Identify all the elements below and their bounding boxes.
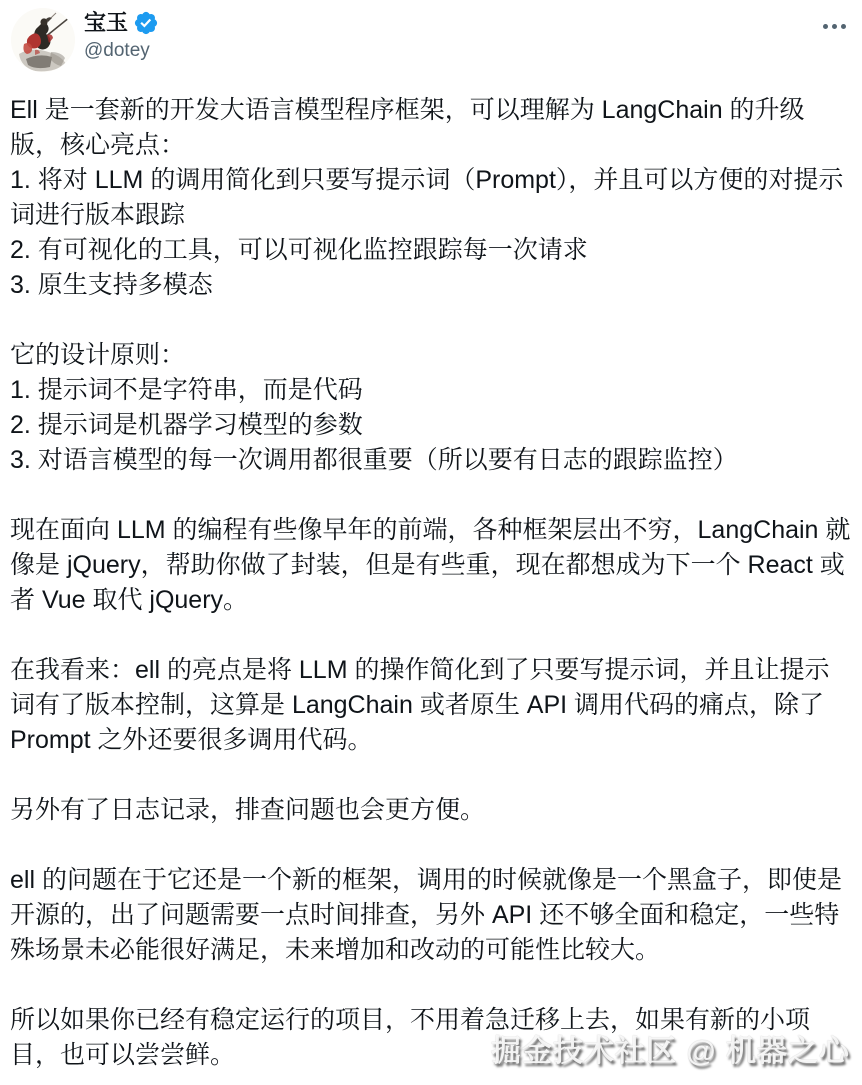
post-paragraph: 另外有了日志记录，排查问题也会更方便。 <box>10 793 852 828</box>
display-name[interactable]: 宝玉 <box>84 9 128 37</box>
more-options-button[interactable] <box>815 8 848 37</box>
user-identity: 宝玉 @dotey <box>84 8 159 63</box>
verified-badge-icon <box>133 10 159 36</box>
tweet-header: 宝玉 @dotey <box>0 0 862 72</box>
post-paragraph: 在我看来：ell 的亮点是将 LLM 的操作简化到了只要写提示词，并且让提示词有… <box>10 653 852 758</box>
ellipsis-icon <box>823 24 828 29</box>
ellipsis-icon <box>832 24 837 29</box>
user-handle[interactable]: @dotey <box>84 39 159 63</box>
post-paragraph: ell 的问题在于它还是一个新的框架，调用的时候就像是一个黑盒子，即使是开源的，… <box>10 863 852 968</box>
ellipsis-icon <box>841 24 846 29</box>
post-paragraph: 所以如果你已经有稳定运行的项目，不用着急迁移上去，如果有新的小项目，也可以尝尝鲜… <box>10 1003 852 1073</box>
post-paragraph: 现在面向 LLM 的编程有些像早年的前端，各种框架层出不穷，LangChain … <box>10 513 852 618</box>
tweet-text: Ell 是一套新的开发大语言模型程序框架，可以理解为 LangChain 的升级… <box>10 93 852 1073</box>
post-paragraph: Ell 是一套新的开发大语言模型程序框架，可以理解为 LangChain 的升级… <box>10 93 852 303</box>
avatar-image <box>11 8 75 72</box>
avatar[interactable] <box>11 8 75 72</box>
tweet-card: 宝玉 @dotey Ell 是一套新的开发大语言模型程序框架，可以理解为 Lan… <box>0 0 862 1085</box>
post-paragraph: 它的设计原则： 1. 提示词不是字符串，而是代码 2. 提示词是机器学习模型的参… <box>10 338 852 478</box>
